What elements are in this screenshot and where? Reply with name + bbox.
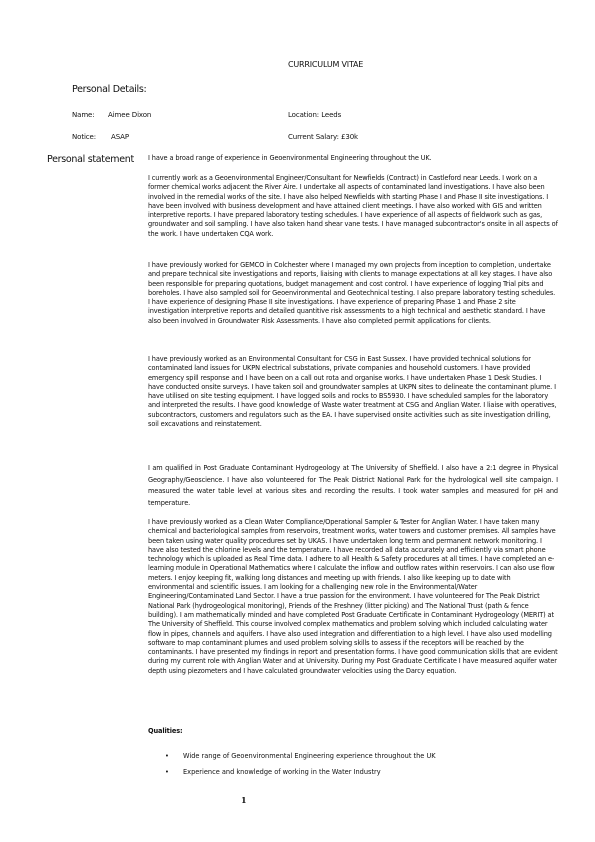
salary-label: Current Salary: <box>288 133 339 141</box>
notice-label: Notice: <box>72 133 96 141</box>
salary-value: £30k <box>341 133 358 141</box>
statement-paragraph-6: I have previously worked as a Clean Wate… <box>148 518 558 676</box>
personal-details-heading: Personal Details: <box>72 84 146 95</box>
paragraph-text: I am qualified in Post Graduate Contamin… <box>148 463 558 509</box>
location-value: Leeds <box>321 111 341 119</box>
list-item-text: Experience and knowledge of working in t… <box>183 768 381 776</box>
paragraph-text: I have a broad range of experience in Ge… <box>148 154 558 163</box>
statement-paragraph-5: I am qualified in Post Graduate Contamin… <box>148 463 558 509</box>
paragraph-text: I have previously worked for GEMCO in Co… <box>148 261 558 326</box>
statement-paragraph-1: I have a broad range of experience in Ge… <box>148 154 558 163</box>
statement-paragraph-4: I have previously worked as an Environme… <box>148 355 558 429</box>
paragraph-text: I have previously worked as a Clean Wate… <box>148 518 558 676</box>
notice-value: ASAP <box>111 133 129 141</box>
paragraph-text: I have previously worked as an Environme… <box>148 355 558 429</box>
name-field: Name: Aimee Dixon <box>72 111 95 119</box>
salary-field: Current Salary: £30k <box>288 133 358 141</box>
name-value: Aimee Dixon <box>108 111 151 119</box>
page-number: 1 <box>241 795 247 805</box>
list-item-text: Wide range of Geoenvironmental Engineeri… <box>183 752 436 760</box>
name-label: Name: <box>72 111 95 119</box>
notice-field: Notice: ASAP <box>72 133 96 141</box>
location-field: Location: Leeds <box>288 111 341 119</box>
location-label: Location: <box>288 111 319 119</box>
bullet-icon: • <box>165 752 169 760</box>
qualities-heading: Qualities: <box>148 727 558 736</box>
statement-paragraph-2: I currently work as a Geoenvironmental E… <box>148 174 558 239</box>
document-title: CURRICULUM VITAE <box>288 60 363 69</box>
personal-statement-label: Personal statement <box>47 154 134 165</box>
bullet-icon: • <box>165 768 169 776</box>
statement-paragraph-3: I have previously worked for GEMCO in Co… <box>148 261 558 326</box>
paragraph-text: I currently work as a Geoenvironmental E… <box>148 174 558 239</box>
